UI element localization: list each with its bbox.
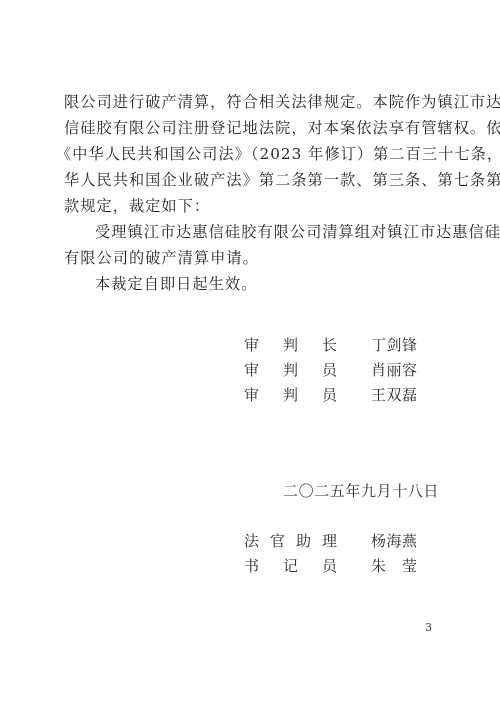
judge-row: 审 判 员 肖丽容 — [0, 359, 500, 383]
title-char: 书 — [244, 555, 259, 576]
title-char: 判 — [283, 384, 298, 405]
effective-line: 本裁定自即日起生效。 — [64, 271, 438, 297]
title-char: 理 — [322, 530, 337, 551]
title-char: 审 — [244, 334, 259, 355]
judge-row-presiding: 审 判 长 丁剑锋 — [0, 334, 500, 358]
title-char: 员 — [322, 555, 337, 576]
page-number: 3 — [425, 621, 432, 634]
clerk-name: 朱 莹 — [371, 555, 418, 576]
title-char: 助 — [296, 530, 311, 551]
ruling-line: 受理镇江市达惠信硅胶有限公司清算组对镇江市达惠信硅胶 — [64, 219, 438, 245]
judge-name: 王双磊 — [371, 384, 418, 405]
title-char: 员 — [322, 359, 337, 380]
title-char: 审 — [244, 359, 259, 380]
title-char: 官 — [270, 530, 285, 551]
body-line: 华人民共和国企业破产法》第二条第一款、第三条、第七条第三 — [64, 167, 438, 193]
clerk-row-assistant: 法 官 助 理 杨海燕 — [0, 530, 500, 554]
ruling-line: 有限公司的破产清算申请。 — [64, 245, 438, 271]
judge-row: 审 判 员 王双磊 — [0, 384, 500, 408]
title-char: 员 — [322, 384, 337, 405]
title-char: 记 — [283, 555, 298, 576]
body-line: 款规定，裁定如下： — [64, 193, 438, 219]
title-char: 法 — [244, 530, 259, 551]
title-char: 长 — [322, 334, 337, 355]
title-char: 审 — [244, 384, 259, 405]
title-char: 判 — [283, 359, 298, 380]
title-char: 判 — [283, 334, 298, 355]
body-text: 限公司进行破产清算，符合相关法律规定。本院作为镇江市达惠 信硅胶有限公司注册登记… — [64, 89, 438, 297]
ruling-date: 二〇二五年九月十八日 — [283, 480, 439, 501]
judge-name: 丁剑锋 — [371, 334, 418, 355]
clerk-name: 杨海燕 — [371, 530, 418, 551]
clerk-row-secretary: 书 记 员 朱 莹 — [0, 555, 500, 579]
body-line: 信硅胶有限公司注册登记地法院，对本案依法享有管辖权。依照 — [64, 115, 438, 141]
document-page: 限公司进行破产清算，符合相关法律规定。本院作为镇江市达惠 信硅胶有限公司注册登记… — [0, 0, 500, 707]
body-line: 《中华人民共和国公司法》（2023 年修订）第二百三十七条，《中 — [56, 141, 438, 167]
judge-name: 肖丽容 — [371, 359, 418, 380]
body-line: 限公司进行破产清算，符合相关法律规定。本院作为镇江市达惠 — [64, 89, 438, 115]
